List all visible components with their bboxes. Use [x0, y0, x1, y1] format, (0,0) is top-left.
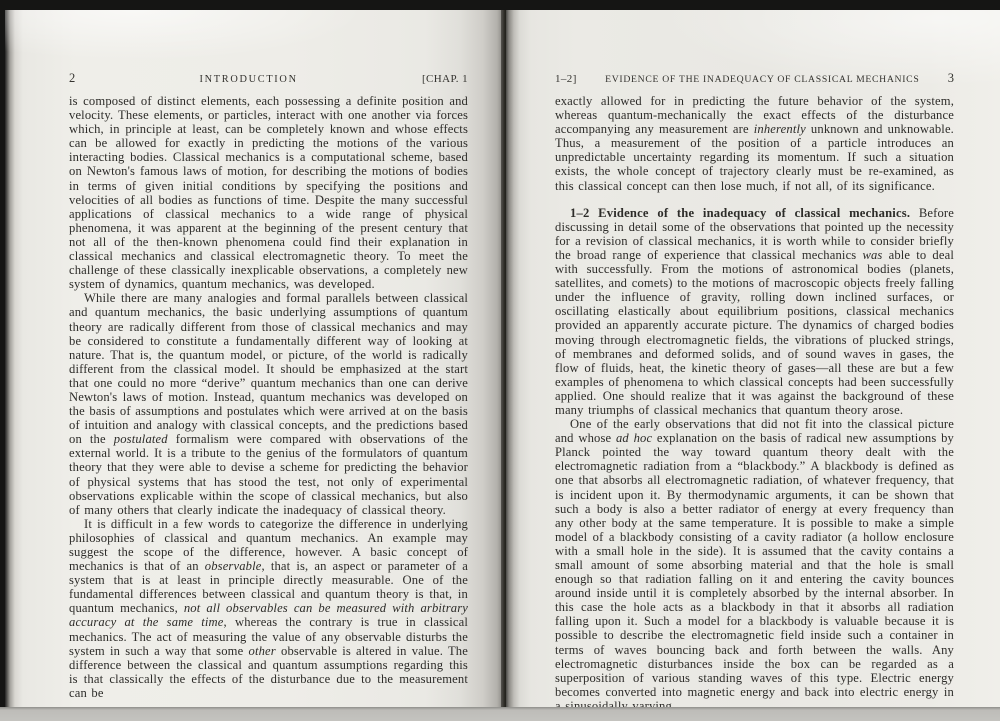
page-left-body: is composed of distinct elements, each p…	[69, 94, 468, 712]
running-header-left: INTRODUCTION	[200, 74, 298, 85]
page-number-right: 3	[948, 71, 954, 86]
paragraph: is composed of distinct elements, each p…	[69, 94, 468, 291]
paragraph: 1–2 Evidence of the inadequacy of classi…	[555, 206, 954, 417]
page-right-body: exactly allowed for in predicting the fu…	[555, 94, 954, 712]
page-left-header: 2 INTRODUCTION [CHAP. 1	[69, 71, 468, 86]
book-scan: 2 INTRODUCTION [CHAP. 1 is composed of d…	[0, 0, 1000, 721]
page-number-left: 2	[69, 71, 75, 86]
page-right-header: 1–2] EVIDENCE OF THE INADEQUACY OF CLASS…	[555, 71, 954, 86]
paragraph: It is difficult in a few words to catego…	[69, 517, 468, 700]
paragraph: exactly allowed for in predicting the fu…	[555, 94, 954, 193]
running-header-right: EVIDENCE OF THE INADEQUACY OF CLASSICAL …	[605, 74, 919, 85]
paragraph: While there are many analogies and forma…	[69, 291, 468, 517]
page-right: 1–2] EVIDENCE OF THE INADEQUACY OF CLASS…	[506, 10, 1000, 707]
page-left: 2 INTRODUCTION [CHAP. 1 is composed of d…	[5, 10, 506, 707]
section-ref: 1–2]	[555, 73, 577, 85]
section-heading: 1–2 Evidence of the inadequacy of classi…	[570, 206, 910, 220]
paragraph: One of the early observations that did n…	[555, 417, 954, 712]
scanner-bottom-edge	[0, 707, 1000, 721]
chapter-ref: [CHAP. 1	[422, 73, 468, 85]
